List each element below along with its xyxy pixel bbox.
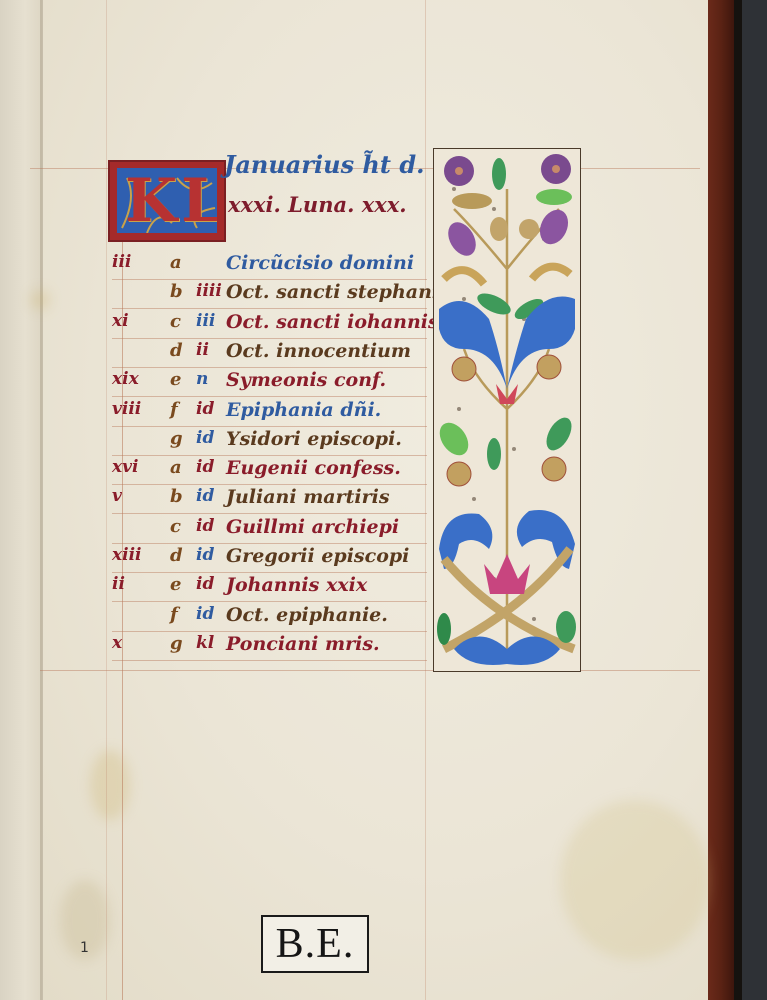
ruling-line [112,572,427,573]
golden-number: xvi [112,457,138,477]
feast-name: Symeonis conf. [226,369,386,391]
calendar-row: xiiididGregorii episcopi [112,545,432,573]
feast-name: Epiphania dñi. [226,399,381,421]
dominical-letter: d [170,340,183,361]
dominical-letter: a [170,457,182,478]
ruling-line [112,279,427,280]
ruling-line [112,308,427,309]
feast-name: Johannis xxix [226,574,367,596]
roman-date: id [196,486,214,506]
initial-field: KL [117,168,217,233]
dominical-letter: d [170,545,183,566]
dominical-letter: a [170,252,182,273]
stain [30,290,50,310]
roman-date: kl [196,633,214,653]
calendar-row: xgklPonciani mris. [112,633,432,661]
feast-name: Oct. sancti stephani [226,281,439,303]
ruling-line [112,484,427,485]
feast-name: Juliani martiris [226,486,390,508]
calendar-row: vbidJuliani martiris [112,486,432,514]
dominical-letter: b [170,486,183,507]
dominical-letter: f [170,604,178,625]
dominical-letter: f [170,399,178,420]
stamp-text: B.E. [276,920,355,968]
dominical-letter: e [170,369,181,390]
ruling-line [112,426,427,427]
ruling-line [112,367,427,368]
feast-name: Oct. sancti iohannis [226,311,439,333]
stain [90,750,130,820]
golden-number: v [112,486,122,506]
roman-date: id [196,604,214,624]
feast-name: Eugenii confess. [226,457,401,479]
binding-shadow [734,0,742,1000]
roman-date: id [196,516,214,536]
golden-number: iii [112,252,131,272]
floral-border [433,148,581,672]
initial-letters: KL [125,168,217,233]
dominical-letter: g [170,428,183,449]
dominical-letter: c [170,516,181,537]
roman-date: ii [196,340,209,360]
library-stamp: B.E. [261,915,369,973]
calendar-row: gidYsidori episcopi. [112,428,432,456]
golden-number: ii [112,574,125,594]
feast-name: Circũcisio domini [226,252,414,274]
dominical-letter: g [170,633,183,654]
ruling-line [112,601,427,602]
ruling-line [112,631,427,632]
ruling-line [112,338,427,339]
dominical-letter: c [170,311,181,332]
ruling-line [112,396,427,397]
calendar-row: xiciiiOct. sancti iohannis [112,311,432,339]
golden-number: viii [112,399,141,419]
calendar-row: diiOct. innocentium [112,340,432,368]
dominical-letter: e [170,574,181,595]
calendar-row: xixenSymeonis conf. [112,369,432,397]
month-days-moon: xxxi. Luna. xxx. [228,192,407,217]
golden-number: xix [112,369,139,389]
ruling-line [112,543,427,544]
roman-date: id [196,428,214,448]
feast-name: Gregorii episcopi [226,545,409,567]
book-binding [708,0,734,1000]
calendar-row: iiiaCircũcisio domini [112,252,432,280]
roman-date: id [196,399,214,419]
ruling-line [40,670,700,671]
roman-date: id [196,545,214,565]
pencil-mark: 1 [80,940,89,956]
roman-date: id [196,457,214,477]
golden-number: xiii [112,545,142,565]
feast-name: Oct. innocentium [226,340,411,362]
calendar-row: fidOct. epiphanie. [112,604,432,632]
dominical-letter: b [170,281,183,302]
golden-number: xi [112,311,129,331]
calendar-row: iieidJohannis xxix [112,574,432,602]
calendar-row: cidGuillmi archiepi [112,516,432,544]
background-cloth [742,0,767,1000]
illuminated-initial: KL [108,160,226,242]
calendar-row: biiiiOct. sancti stephani [112,281,432,309]
calendar-row: viiifidEpiphania dñi. [112,399,432,427]
stain [560,800,710,960]
ruling-line [112,513,427,514]
roman-date: n [196,369,208,389]
golden-number: x [112,633,122,653]
feast-name: Oct. epiphanie. [226,604,388,626]
ruling-line [112,660,427,661]
facing-page-edge [0,0,42,1000]
roman-date: id [196,574,214,594]
feast-name: Ponciani mris. [226,633,380,655]
month-heading: Januarius h̃t d. [224,150,424,179]
ruling-line [112,455,427,456]
feast-name: Ysidori episcopi. [226,428,402,450]
calendar-row: xviaidEugenii confess. [112,457,432,485]
gutter-fold [40,0,43,1000]
roman-date: iiii [196,281,222,301]
roman-date: iii [196,311,215,331]
feast-name: Guillmi archiepi [226,516,399,538]
floral-border-art-icon [434,149,580,671]
ruling-line [106,0,107,1000]
